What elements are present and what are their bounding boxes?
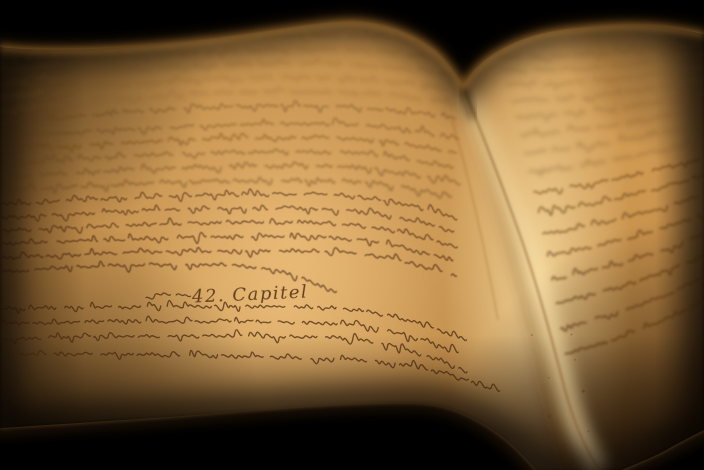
manuscript-photo: 42. Capitel — [0, 0, 704, 470]
photo-canvas: 42. Capitel — [0, 0, 704, 470]
